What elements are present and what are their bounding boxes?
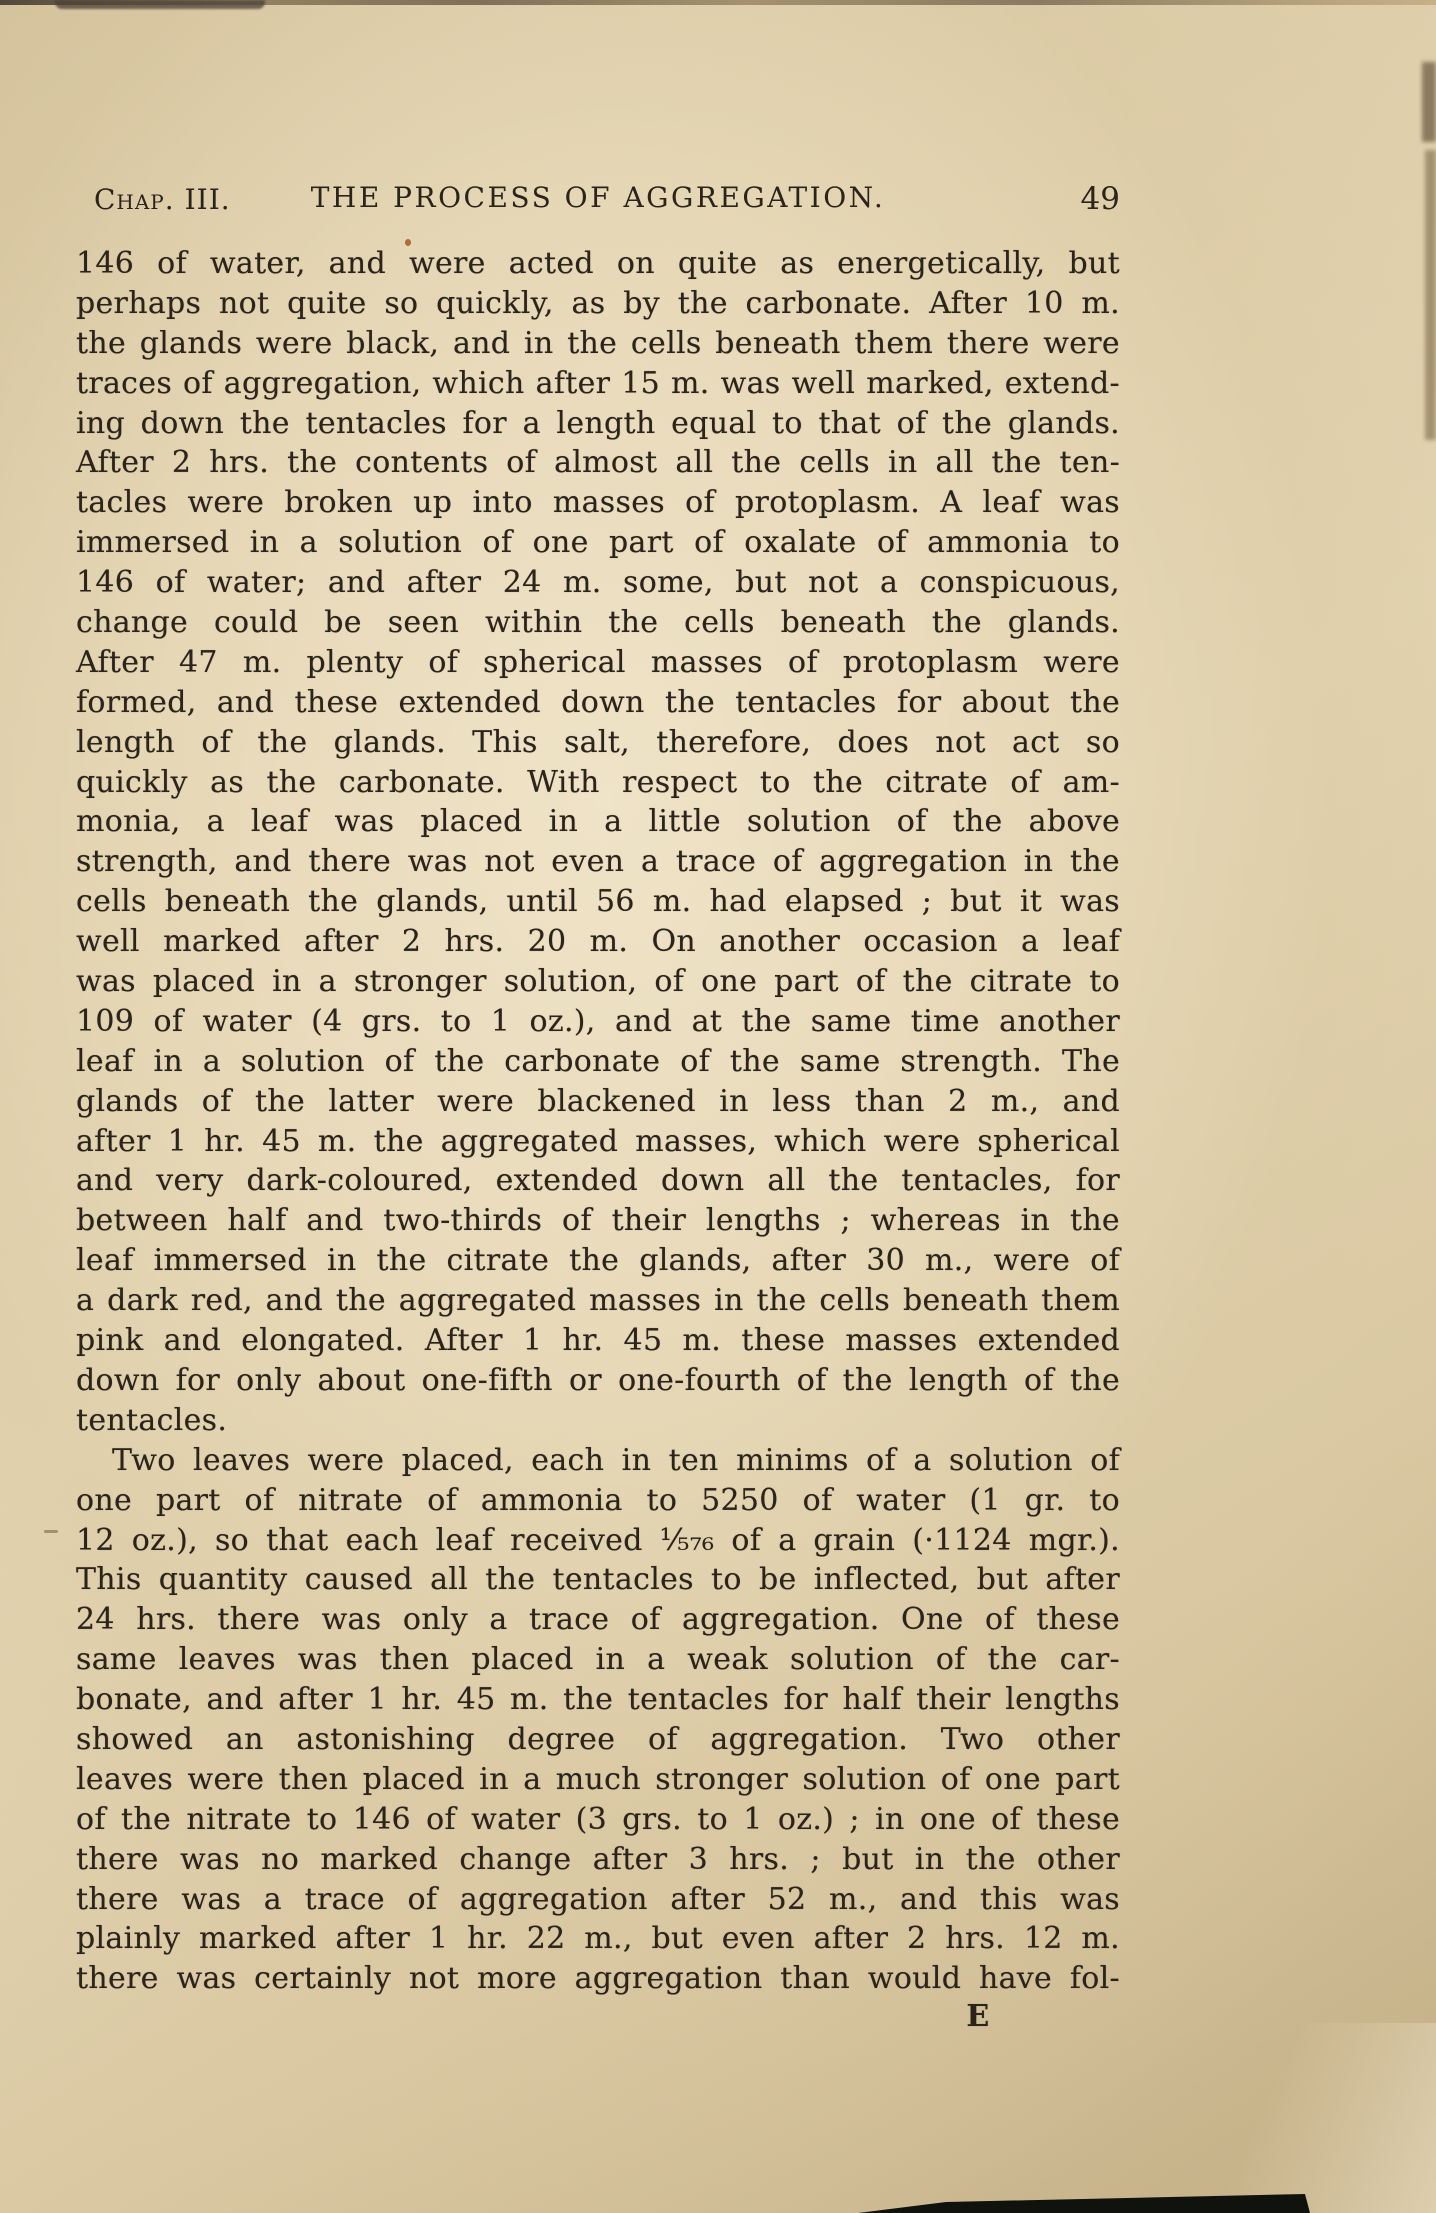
text-line: strength, and there was not even a trace… xyxy=(76,842,1120,882)
text-line: was placed in a stronger solution, of on… xyxy=(76,962,1120,1002)
text-line: After 2 hrs. the contents of almost all … xyxy=(76,443,1120,483)
text-line: 12 oz.), so that each leaf received ¹⁄₅₇… xyxy=(76,1521,1120,1561)
text-line: perhaps not quite so quickly, as by the … xyxy=(76,284,1120,324)
text-line: formed, and these extended down the tent… xyxy=(76,683,1120,723)
text-line: Two leaves were placed, each in ten mini… xyxy=(76,1441,1120,1481)
text-line: monia, a leaf was placed in a little sol… xyxy=(76,802,1120,842)
page-header: Chap. III. THE PROCESS OF AGGREGATION. 4… xyxy=(76,181,1120,219)
text-line: of the nitrate to 146 of water (3 grs. t… xyxy=(76,1800,1120,1840)
text-line: change could be seen within the cells be… xyxy=(76,603,1120,643)
scan-right-edge-streak xyxy=(1422,62,1436,142)
scan-right-edge-streak xyxy=(1425,150,1436,440)
scan-top-edge-blot xyxy=(55,0,265,9)
text-line: the glands were black, and in the cells … xyxy=(76,324,1120,364)
text-line: there was no marked change after 3 hrs. … xyxy=(76,1840,1120,1880)
running-title: THE PROCESS OF AGGREGATION. xyxy=(76,181,1120,214)
text-line: tacles were broken up into masses of pro… xyxy=(76,483,1120,523)
text-line: showed an astonishing degree of aggregat… xyxy=(76,1720,1120,1760)
text-line: quickly as the carbonate. With respect t… xyxy=(76,763,1120,803)
margin-pencil-mark xyxy=(44,1530,58,1533)
text-line: leaves were then placed in a much strong… xyxy=(76,1760,1120,1800)
text-line: 146 of water; and after 24 m. some, but … xyxy=(76,563,1120,603)
scan-corner-highlight xyxy=(1206,2023,1436,2213)
text-line: traces of aggregation, which after 15 m.… xyxy=(76,364,1120,404)
text-line: between half and two-thirds of their len… xyxy=(76,1201,1120,1241)
printers-signature: E xyxy=(958,1999,998,2034)
text-line: and very dark-coloured, extended down al… xyxy=(76,1161,1120,1201)
text-line: there was a trace of aggregation after 5… xyxy=(76,1880,1120,1920)
text-line: plainly marked after 1 hr. 22 m., but ev… xyxy=(76,1919,1120,1959)
text-line: down for only about one-fifth or one-fou… xyxy=(76,1361,1120,1401)
page-number: 49 xyxy=(1081,181,1120,217)
text-line: 146 of water, and were acted on quite as… xyxy=(76,244,1120,284)
text-line: after 1 hr. 45 m. the aggregated masses,… xyxy=(76,1122,1120,1162)
text-line: This quantity caused all the tentacles t… xyxy=(76,1560,1120,1600)
text-line: leaf immersed in the citrate the glands,… xyxy=(76,1241,1120,1281)
book-page: Chap. III. THE PROCESS OF AGGREGATION. 4… xyxy=(0,0,1436,2213)
text-line: there was certainly not more aggregation… xyxy=(76,1959,1120,1999)
text-line: a dark red, and the aggregated masses in… xyxy=(76,1281,1120,1321)
text-line: length of the glands. This salt, therefo… xyxy=(76,723,1120,763)
text-line: pink and elongated. After 1 hr. 45 m. th… xyxy=(76,1321,1120,1361)
text-line: well marked after 2 hrs. 20 m. On anothe… xyxy=(76,922,1120,962)
text-line: cells beneath the glands, until 56 m. ha… xyxy=(76,882,1120,922)
text-line: After 47 m. plenty of spherical masses o… xyxy=(76,643,1120,683)
text-line: leaf in a solution of the carbonate of t… xyxy=(76,1042,1120,1082)
text-line: same leaves was then placed in a weak so… xyxy=(76,1640,1120,1680)
text-line: one part of nitrate of ammonia to 5250 o… xyxy=(76,1481,1120,1521)
text-line: 24 hrs. there was only a trace of aggreg… xyxy=(76,1600,1120,1640)
text-line: tentacles. xyxy=(76,1401,1120,1441)
body-text: 146 of water, and were acted on quite as… xyxy=(76,244,1120,1999)
text-line: bonate, and after 1 hr. 45 m. the tentac… xyxy=(76,1680,1120,1720)
text-line: ing down the tentacles for a length equa… xyxy=(76,404,1120,444)
text-line: immersed in a solution of one part of ox… xyxy=(76,523,1120,563)
text-line: glands of the latter were blackened in l… xyxy=(76,1082,1120,1122)
text-line: 109 of water (4 grs. to 1 oz.), and at t… xyxy=(76,1002,1120,1042)
